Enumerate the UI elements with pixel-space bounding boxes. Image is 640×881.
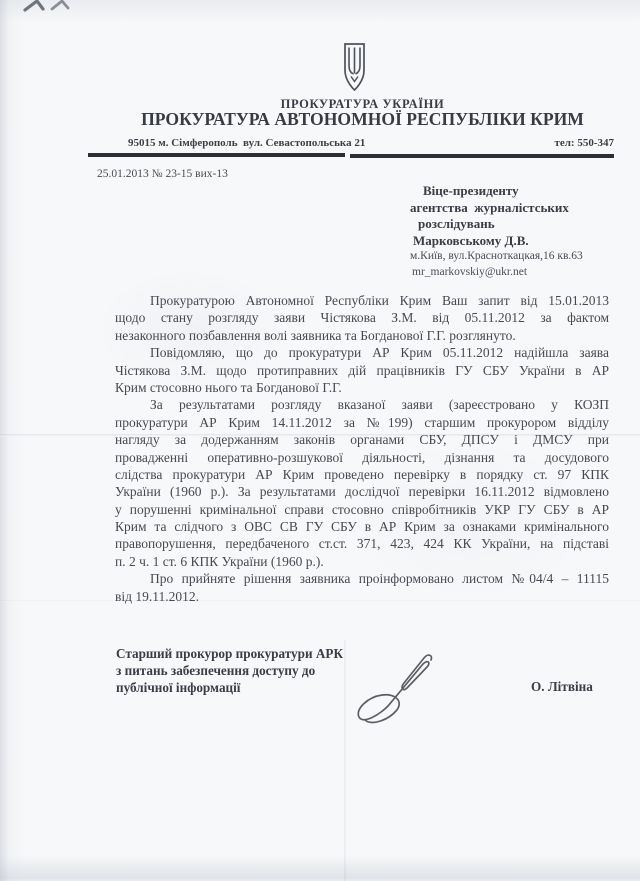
body-line: п. 2 ч. 1 ст. 6 КПК України (1960 р.). xyxy=(115,553,609,570)
body-line: Чістякова З.М. щодо протиправних дій пра… xyxy=(115,362,609,379)
recipient-name: Марковському Д.В. xyxy=(413,233,628,250)
body-line: слідства прокуратури АР Крим проведено п… xyxy=(115,466,609,483)
body-line: Повідомляю, що до прокуратури АР Крим 05… xyxy=(115,344,609,361)
org-title: ПРОКУРАТУРА АВТОНОМНОЇ РЕСПУБЛІКИ КРИМ xyxy=(100,109,625,130)
pen-mark-icon xyxy=(22,0,78,13)
scanned-letter-page: ПРОКУРАТУРА УКРАЇНИ ПРОКУРАТУРА АВТОНОМН… xyxy=(0,0,640,881)
body-line: Крим та слідчого з ОВС СВ ГУ СБУ в АР Кр… xyxy=(115,518,609,535)
letter-body: Прокуратурою Автономної Республіки Крим … xyxy=(115,292,609,605)
body-line: у порушенні кримінальної справи стосовно… xyxy=(115,501,609,518)
body-line: Прокуратурою Автономної Республіки Крим … xyxy=(115,292,609,309)
body-line: України (1960 р.). За результатами дослі… xyxy=(115,483,609,500)
body-line: За результатами розгляду вказаної заяви … xyxy=(115,396,609,413)
ukraine-trident-icon xyxy=(343,41,366,94)
recipient-email: mr_markovskiy@ukr.net xyxy=(412,265,628,280)
recipient-line: агентства журналістських xyxy=(410,200,628,217)
signature-icon xyxy=(354,650,440,732)
body-line: незаконного позбавлення волі заявника та… xyxy=(115,327,609,344)
org-address: 95015 м. Сімферополь вул. Севастопольськ… xyxy=(88,137,365,149)
body-line: від 19.11.2012. xyxy=(115,588,609,605)
body-line: Крим стосовно нього та Богданової Г.Г. xyxy=(115,379,609,396)
body-line: Про прийняте рішення заявника проінформо… xyxy=(115,570,609,587)
body-line: прокуратури АР Крим 14.11.2012 за №199) … xyxy=(115,414,609,431)
body-line: щодо стану розгляду заяви Чістякова З.М.… xyxy=(115,309,609,326)
org-phone: тел: 550-347 xyxy=(554,137,614,149)
body-line: провадженні оперативно-розшукової діяльн… xyxy=(115,449,609,466)
letterhead-rule xyxy=(350,154,614,158)
recipient-line: Віце-президенту xyxy=(423,183,628,200)
reference-number: 25.01.2013 № 23-15 вих-13 xyxy=(97,168,228,180)
signer-name: О. Літвіна xyxy=(531,679,593,695)
letterhead-contact-row: 95015 м. Сімферополь вул. Севастопольськ… xyxy=(88,137,614,149)
body-line: нагляду за додержанням законів органами … xyxy=(115,431,609,448)
recipient-line: розслідувань xyxy=(418,216,628,233)
recipient-address: м.Київ, вул.Красноткацкая,16 кв.63 xyxy=(410,249,628,264)
letterhead-rule xyxy=(88,153,345,157)
body-line: правопорушення, передбаченого ст.ст. 371… xyxy=(115,535,609,552)
recipient-block: Віце-президенту агентства журналістських… xyxy=(410,183,628,280)
